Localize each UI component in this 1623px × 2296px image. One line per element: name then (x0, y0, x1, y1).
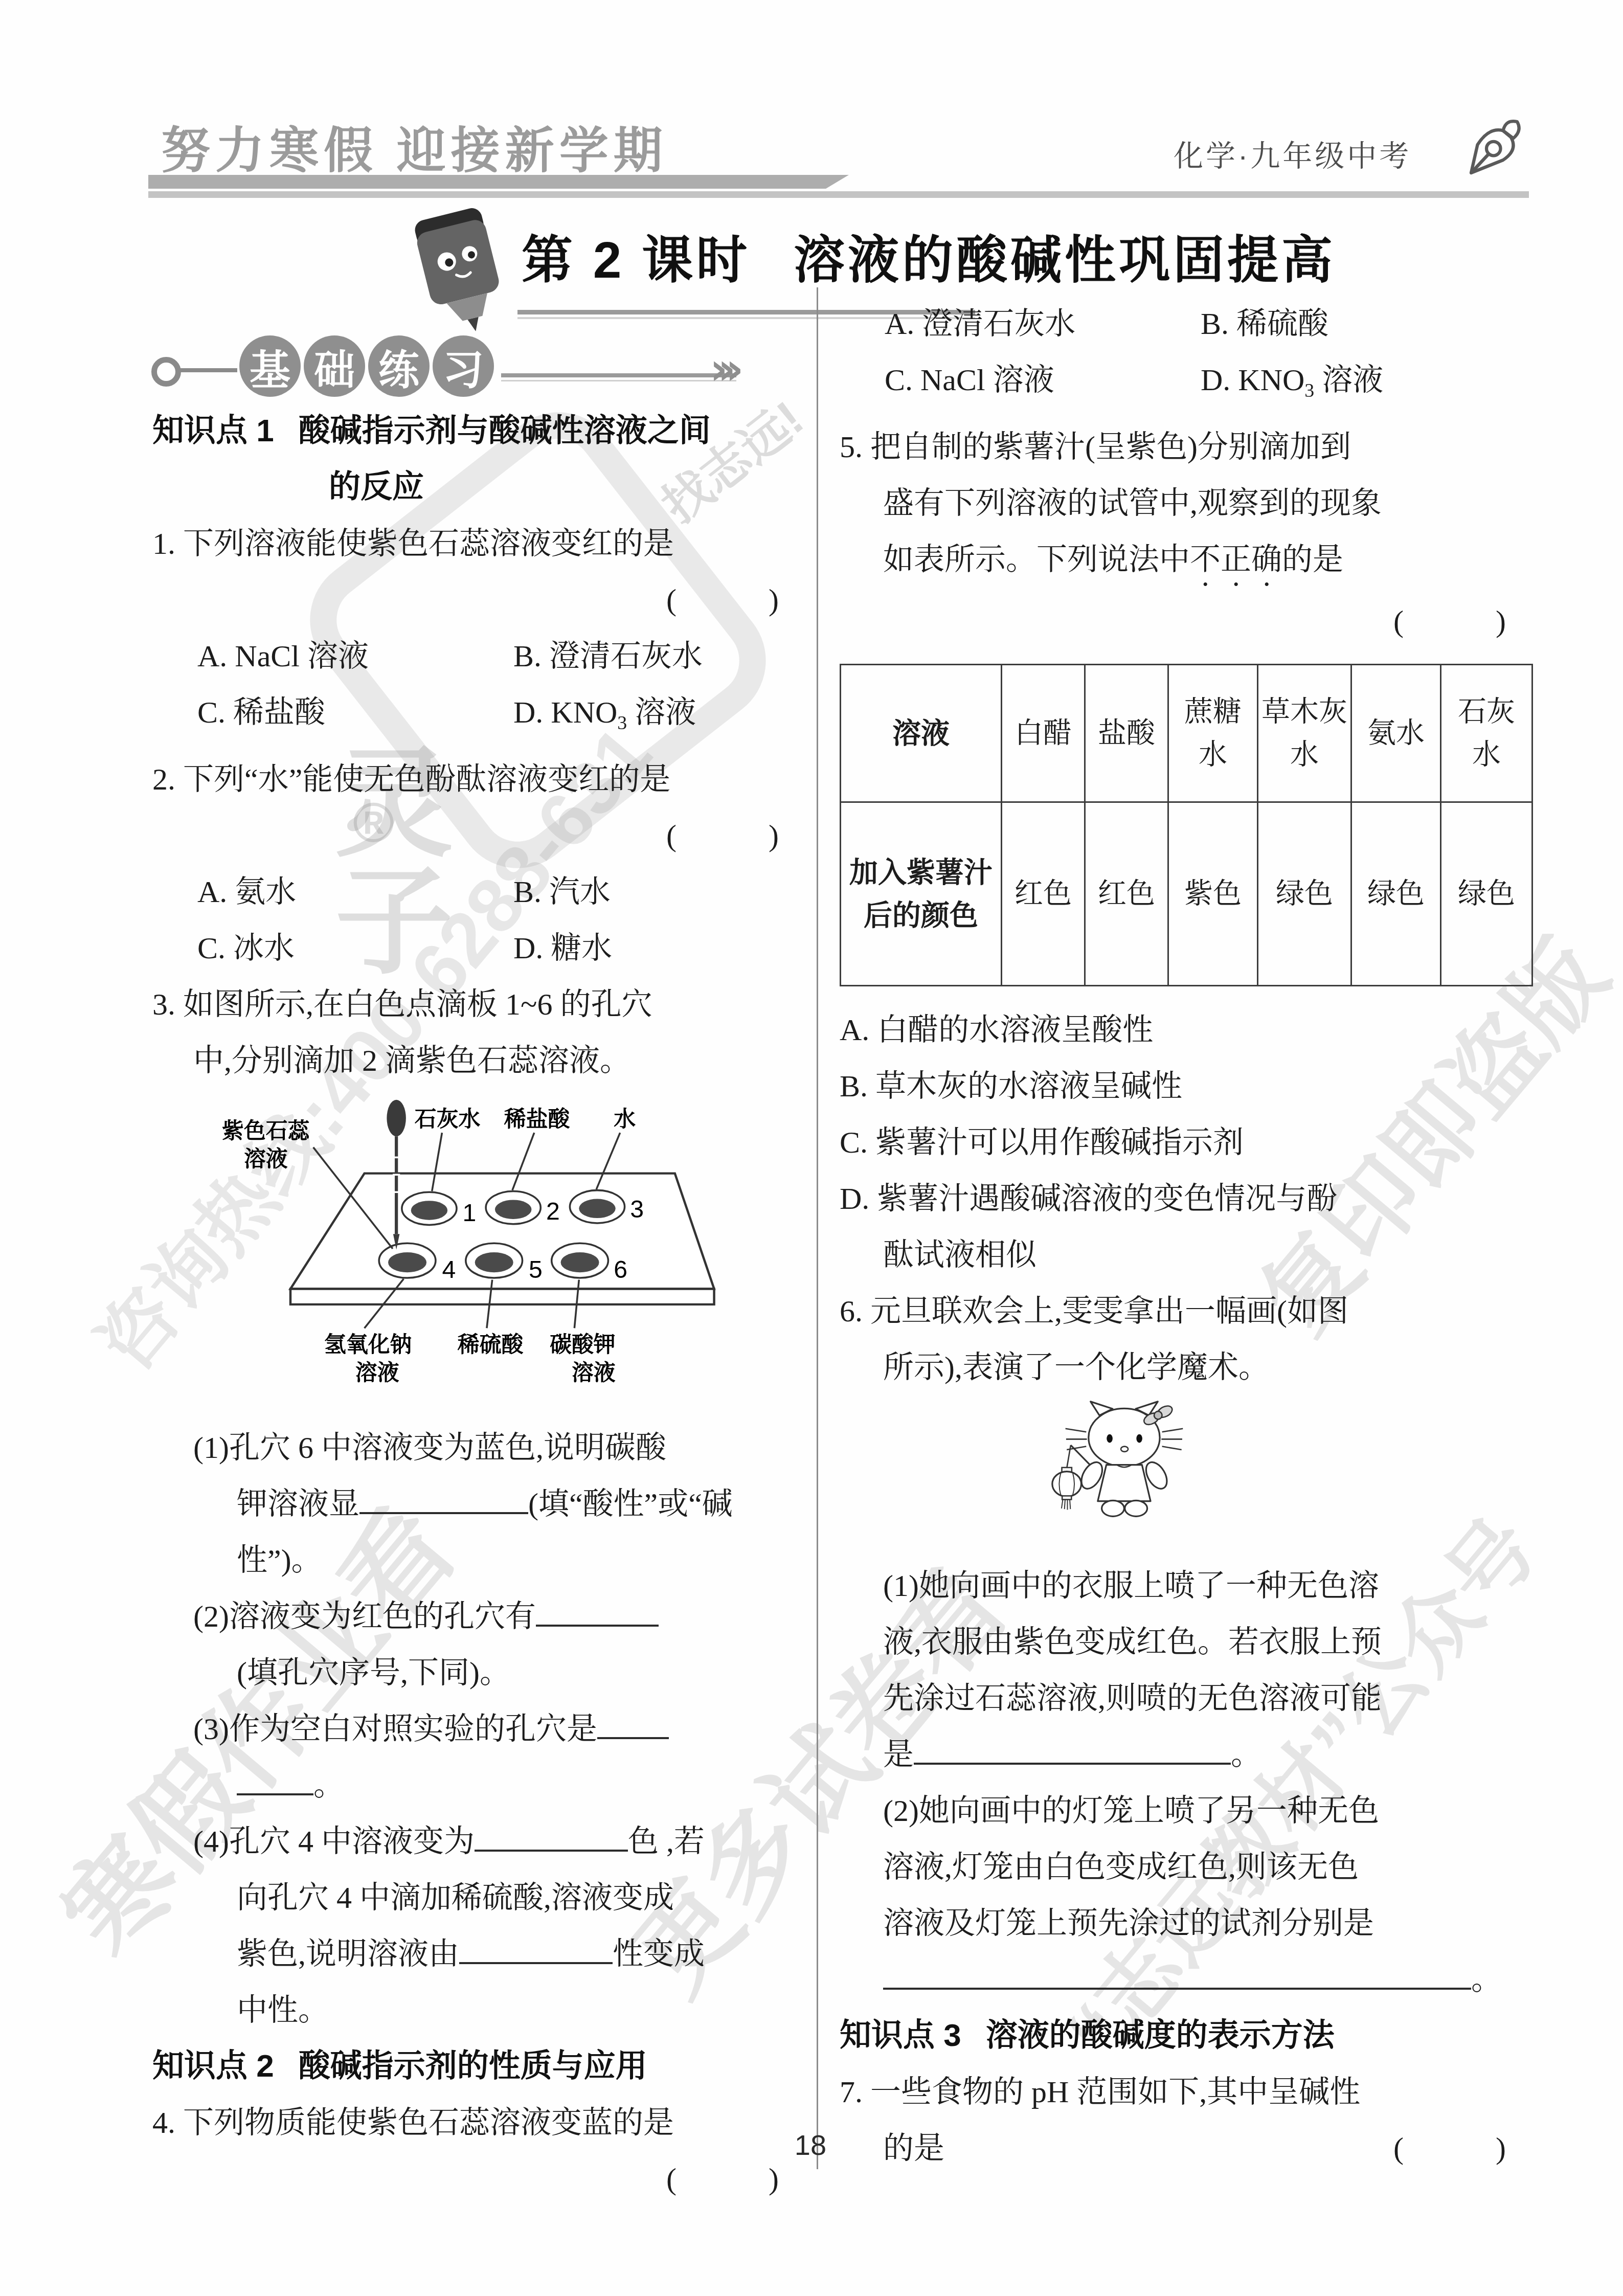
q1-option-d: D. KNO3 溶液 (513, 684, 696, 751)
q5-option-a: A. 白醋的水溶液呈酸性 (840, 1002, 1529, 1058)
svg-text:溶液: 溶液 (572, 1361, 616, 1385)
svg-text:碳酸钾: 碳酸钾 (550, 1333, 616, 1357)
svg-text:溶液: 溶液 (244, 1147, 288, 1172)
knowledge-point-1: 知识点 1酸碱指示剂与酸碱性溶液之间 (152, 403, 802, 459)
badge-rule (501, 373, 736, 377)
q3-sub4-line1: (4)孔穴 4 中溶液变为色 ,若 (152, 1813, 802, 1870)
knowledge-point-2: 知识点 2酸碱指示剂的性质与应用 (152, 2038, 802, 2095)
blank-field (459, 1932, 613, 1964)
blank-field (536, 1595, 659, 1627)
q3-sub3-line1: (3)作为空白对照实验的孔穴是 (152, 1701, 802, 1757)
kp2-title: 酸碱指示剂的性质与应用 (299, 2049, 647, 2084)
answer-bracket-q4: ( ) (152, 2151, 802, 2207)
badge-char-3: 练 (368, 335, 430, 397)
q6-sub1-line2: 液,衣服由紫色变成红色。若衣服上预 (840, 1614, 1529, 1670)
badge-ring (151, 357, 181, 387)
question-1: 1. 下列溶液能使紫色石蕊溶液变红的是 (152, 515, 802, 572)
worksheet-page: 灵子 ® 找志远! 复印即盗版 咨询热线:400-6288-631 更多试卷看 … (0, 0, 1623, 2296)
q4-option-b: B. 稀硫酸 (1201, 296, 1328, 352)
column-divider (817, 287, 818, 2169)
table-header-cell: 草木灰水 (1258, 665, 1351, 802)
q1-option-c: C. 稀盐酸 (197, 684, 513, 751)
q1-option-b: B. 澄清石灰水 (513, 628, 703, 684)
q5-option-d-line2: 酞试液相似 (840, 1227, 1529, 1283)
spot-plate-figure: 1 2 3 4 5 6 紫色石蕊 溶液 (214, 1098, 802, 1408)
table-header-cell: 蔗糖水 (1168, 665, 1258, 802)
kp2-label: 知识点 2 (152, 2049, 274, 2084)
blank-field (237, 1764, 313, 1795)
answer-bracket-q1: ( ) (152, 572, 802, 628)
badge-char-2: 础 (304, 335, 365, 397)
q3-sub2-line2: (填孔穴序号,下同)。 (152, 1645, 802, 1701)
q3-sub4-line2: 向孔穴 4 中滴加稀硫酸,溶液变成 (152, 1870, 802, 1926)
page-number: 18 (770, 2128, 851, 2162)
left-column: 知识点 1酸碱指示剂与酸碱性溶液之间 的反应 1. 下列溶液能使紫色石蕊溶液变红… (152, 403, 802, 2207)
q2-option-c: C. 冰水 (197, 920, 513, 976)
q6-sub2-line4: 。 (840, 1951, 1529, 2008)
table-header-cell: 溶液 (841, 665, 1002, 802)
kp1-title: 酸碱指示剂与酸碱性溶液之间 (299, 413, 711, 448)
svg-text:6: 6 (614, 1256, 627, 1284)
question-6-line1: 6. 元旦联欢会上,雯雯拿出一幅画(如图 (840, 1283, 1529, 1339)
kp1-title-line2: 的反应 (152, 459, 802, 515)
question-6-line2: 所示),表演了一个化学魔术。 (840, 1339, 1529, 1395)
solution-color-table: 溶液 白醋 盐酸 蔗糖水 草木灰水 氨水 石灰水 加入紫薯汁后的颜色 红色 红色… (840, 664, 1533, 986)
table-header-cell: 白醋 (1002, 665, 1085, 802)
header-slogan: 努力寒假 迎接新学期 (161, 111, 668, 182)
q5-option-b: B. 草木灰的水溶液呈碱性 (840, 1058, 1529, 1114)
blank-field (914, 1733, 1231, 1765)
table-cell: 绿色 (1351, 802, 1441, 986)
q6-sub1-line1: (1)她向画中的衣服上喷了一种无色溶 (840, 1558, 1529, 1614)
question-7-line2: 的是( ) (840, 2120, 1529, 2176)
svg-text:4: 4 (442, 1256, 456, 1284)
svg-text:氢氧化钠: 氢氧化钠 (324, 1333, 412, 1357)
question-5-line1: 5. 把自制的紫薯汁(呈紫色)分别滴加到 (840, 419, 1529, 475)
pen-nib-icon (1463, 117, 1527, 183)
kp1-label: 知识点 1 (152, 413, 274, 448)
badge-char-4: 习 (433, 335, 494, 397)
table-row: 加入紫薯汁后的颜色 红色 红色 紫色 绿色 绿色 绿色 (841, 802, 1532, 986)
table-header-cell: 盐酸 (1085, 665, 1168, 802)
answer-bracket-q2: ( ) (152, 807, 802, 864)
question-4: 4. 下列物质能使紫色石蕊溶液变蓝的是 (152, 2095, 802, 2151)
q4-option-d: D. KNO3 溶液 (1201, 352, 1383, 419)
question-3-line1: 3. 如图所示,在白色点滴板 1~6 的孔穴 (152, 976, 802, 1032)
svg-text:3: 3 (630, 1196, 644, 1223)
q2-option-a: A. 氨水 (197, 864, 513, 920)
q2-option-b: B. 汽水 (513, 864, 611, 920)
question-2: 2. 下列“水”能使无色酚酞溶液变红的是 (152, 751, 802, 807)
question-7-line1: 7. 一些食物的 pH 范围如下,其中呈碱性 (840, 2064, 1529, 2120)
badge-rule-light (501, 380, 736, 381)
table-row-label: 加入紫薯汁后的颜色 (841, 802, 1002, 986)
kitty-illustration (1042, 1400, 1529, 1549)
table-cell: 紫色 (1168, 802, 1258, 986)
q5-option-d-line1: D. 紫薯汁遇酸碱溶液的变色情况与酚 (840, 1170, 1529, 1227)
q4-option-c: C. NaCl 溶液 (885, 352, 1201, 419)
table-cell: 红色 (1085, 802, 1168, 986)
q3-sub2-line1: (2)溶液变为红色的孔穴有 (152, 1588, 802, 1645)
table-cell: 绿色 (1258, 802, 1351, 986)
header-subject: 化学·九年级中考 (1174, 132, 1411, 175)
table-header-cell: 氨水 (1351, 665, 1441, 802)
marker-mascot-icon (404, 198, 514, 342)
q6-sub1-line4: 是。 (840, 1726, 1529, 1783)
blank-field (475, 1820, 628, 1852)
header-band (148, 175, 849, 189)
q1-option-a: A. NaCl 溶液 (197, 628, 513, 684)
lesson-number: 第 2 课时 (522, 219, 750, 292)
svg-text:石灰水: 石灰水 (415, 1107, 481, 1132)
lesson-title: 溶液的酸碱性巩固提高 (794, 219, 1336, 292)
question-5-line2: 盛有下列溶液的试管中,观察到的现象 (840, 475, 1529, 531)
q3-sub4-line4: 中性。 (152, 1982, 802, 2038)
svg-text:水: 水 (614, 1107, 636, 1132)
table-cell: 红色 (1002, 802, 1085, 986)
q3-sub3-line2: 。 (152, 1757, 802, 1813)
chevrons-icon: ››› (710, 344, 733, 395)
table-cell: 绿色 (1441, 802, 1532, 986)
svg-text:紫色石蕊: 紫色石蕊 (222, 1119, 310, 1143)
right-column: A. 澄清石灰水 B. 稀硫酸 C. NaCl 溶液 D. KNO3 溶液 5.… (840, 296, 1529, 2176)
svg-text:2: 2 (546, 1198, 560, 1225)
badge-char-1: 基 (239, 335, 301, 397)
svg-text:溶液: 溶液 (355, 1361, 399, 1385)
kp3-title: 溶液的酸碱度的表示方法 (986, 2018, 1335, 2053)
blank-field (883, 1958, 1471, 1990)
answer-bracket-q5: ( ) (840, 593, 1529, 649)
q6-sub2-line3: 溶液及灯笼上预先涂过的试剂分别是 (840, 1895, 1529, 1951)
q3-sub4-line3: 紫色,说明溶液由性变成 (152, 1926, 802, 1982)
q3-sub1-line2: 钾溶液显(填“酸性”或“碱 (152, 1476, 802, 1532)
q6-sub2-line1: (2)她向画中的灯笼上喷了另一种无色 (840, 1783, 1529, 1839)
q3-sub1-line1: (1)孔穴 6 中溶液变为蓝色,说明碳酸 (152, 1420, 802, 1476)
kp3-label: 知识点 3 (840, 2018, 961, 2053)
blank-field (359, 1482, 528, 1514)
svg-text:稀盐酸: 稀盐酸 (504, 1107, 571, 1132)
q4-option-a: A. 澄清石灰水 (885, 296, 1201, 352)
question-3-line2: 中,分别滴加 2 滴紫色石蕊溶液。 (152, 1032, 802, 1089)
svg-text:5: 5 (529, 1256, 543, 1284)
svg-text:1: 1 (463, 1199, 477, 1227)
svg-text:稀硫酸: 稀硫酸 (457, 1333, 524, 1357)
badge-connector (180, 368, 237, 372)
q2-option-d: D. 糖水 (513, 920, 612, 976)
q6-sub2-line2: 溶液,灯笼由白色变成红色,则该无色 (840, 1839, 1529, 1895)
q3-sub1-line3: 性”)。 (152, 1532, 802, 1588)
blank-field (597, 1707, 669, 1739)
q5-option-c: C. 紫薯汁可以用作酸碱指示剂 (840, 1114, 1529, 1170)
answer-bracket-q7: ( ) (1393, 2120, 1506, 2176)
question-5-line3: 如表所示。下列说法中不正确的是 (840, 531, 1529, 593)
knowledge-point-3: 知识点 3溶液的酸碱度的表示方法 (840, 2008, 1529, 2064)
table-header-cell: 石灰水 (1441, 665, 1532, 802)
header-rule (148, 191, 1529, 198)
q6-sub1-line3: 先涂过石蕊溶液,则喷的无色溶液可能 (840, 1670, 1529, 1726)
